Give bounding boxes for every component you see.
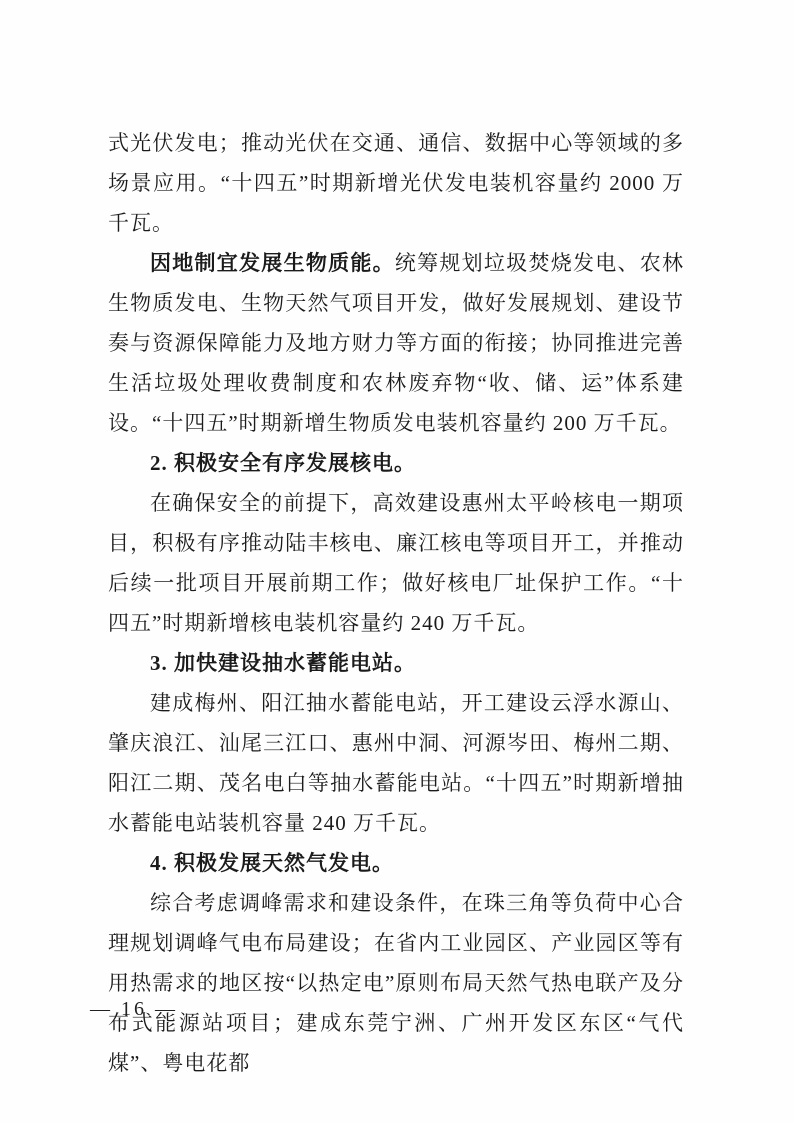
paragraph-nuclear-power: 在确保安全的前提下，高效建设惠州太平岭核电一期项目，积极有序推动陆丰核电、廉江核… (108, 483, 684, 643)
paragraph-pumped-storage: 建成梅州、阳江抽水蓄能电站，开工建设云浮水源山、肇庆浪江、汕尾三江口、惠州中洞、… (108, 683, 684, 843)
document-page: 式光伏发电；推动光伏在交通、通信、数据中心等领域的多场景应用。“十四五”时期新增… (0, 0, 794, 1123)
paragraph-solar-pv-continuation: 式光伏发电；推动光伏在交通、通信、数据中心等领域的多场景应用。“十四五”时期新增… (108, 123, 684, 243)
paragraph-biomass-energy: 因地制宜发展生物质能。统筹规划垃圾焚烧发电、农林生物质发电、生物天然气项目开发，… (108, 243, 684, 443)
paragraph-natural-gas: 综合考虑调峰需求和建设条件，在珠三角等负荷中心合理规划调峰气电布局建设；在省内工… (108, 883, 684, 1083)
section-heading-nuclear-power: 2. 积极安全有序发展核电。 (108, 443, 684, 483)
paragraph-bold-lead: 因地制宜发展生物质能。 (150, 251, 395, 275)
paragraph-text: 在确保安全的前提下，高效建设惠州太平岭核电一期项目，积极有序推动陆丰核电、廉江核… (108, 491, 684, 635)
section-heading-pumped-storage: 3. 加快建设抽水蓄能电站。 (108, 643, 684, 683)
section-heading-natural-gas: 4. 积极发展天然气发电。 (108, 843, 684, 883)
paragraph-text: 建成梅州、阳江抽水蓄能电站，开工建设云浮水源山、肇庆浪江、汕尾三江口、惠州中洞、… (108, 691, 684, 835)
paragraph-text: 综合考虑调峰需求和建设条件，在珠三角等负荷中心合理规划调峰气电布局建设；在省内工… (108, 891, 684, 1075)
page-number-footer: — 16 — (90, 998, 178, 1021)
paragraph-text: 式光伏发电；推动光伏在交通、通信、数据中心等领域的多场景应用。“十四五”时期新增… (108, 131, 684, 235)
page-body-text: 式光伏发电；推动光伏在交通、通信、数据中心等领域的多场景应用。“十四五”时期新增… (108, 123, 684, 1083)
paragraph-text: 统筹规划垃圾焚烧发电、农林生物质发电、生物天然气项目开发，做好发展规划、建设节奏… (108, 251, 684, 435)
